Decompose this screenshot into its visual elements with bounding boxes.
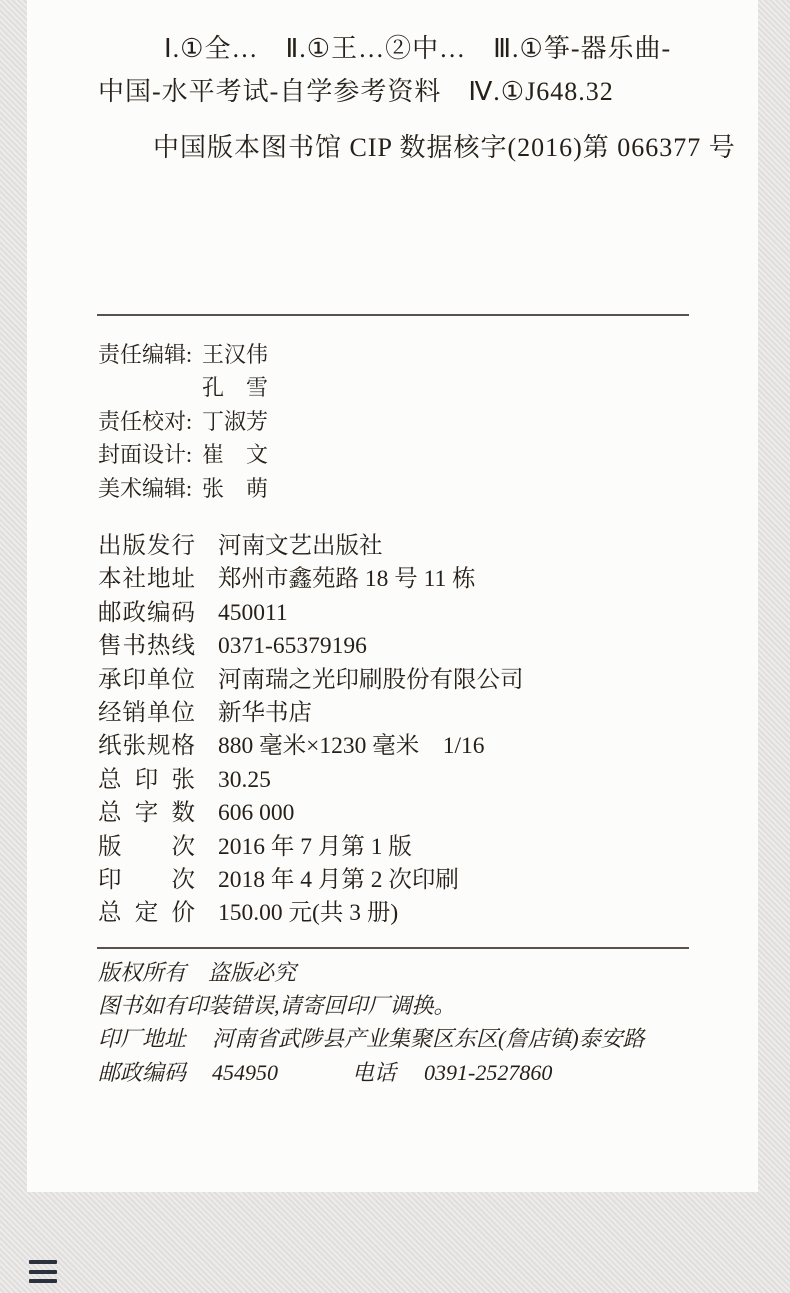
staff-row: 责任编辑:王汉伟 — [98, 338, 268, 371]
publication-block: 出版发行河南文艺出版社 本社地址郑州市鑫苑路 18 号 11 栋 邮政编码450… — [98, 530, 524, 931]
publication-row: 印次2018 年 4 月第 2 次印刷 — [98, 864, 524, 897]
publication-value: 0371-65379196 — [218, 633, 367, 659]
publication-label: 印次 — [98, 864, 195, 897]
publication-value: 606 000 — [218, 800, 294, 826]
publication-row: 售书热线0371-65379196 — [98, 630, 524, 663]
publication-label: 总字数 — [98, 797, 195, 830]
publication-row: 总印张30.25 — [98, 764, 524, 797]
publication-label: 总印张 — [98, 764, 195, 797]
divider-rule-bottom — [97, 947, 689, 949]
publication-label: 出版发行 — [98, 530, 195, 563]
cip-classification-line-1: Ⅰ.①全… Ⅱ.①王…②中… Ⅲ.①筝-器乐曲- — [164, 28, 671, 65]
staff-label: 美术编辑: — [98, 472, 202, 505]
publication-row: 邮政编码450011 — [98, 597, 524, 630]
publication-value: 郑州市鑫苑路 18 号 11 栋 — [218, 566, 476, 592]
staff-label: 责任校对: — [98, 405, 202, 438]
publication-value: 450011 — [218, 600, 288, 626]
printer-phone-value: 0391-2527860 — [424, 1060, 552, 1085]
publication-value: 新华书店 — [218, 700, 312, 726]
publication-row: 经销单位新华书店 — [98, 697, 524, 730]
publication-value: 880 毫米×1230 毫米 1/16 — [218, 733, 485, 759]
staff-block: 责任编辑:王汉伟 孔 雪 责任校对:丁淑芳 封面设计:崔 文 美术编辑:张 萌 — [98, 338, 268, 505]
menu-bar — [29, 1260, 57, 1264]
publication-label: 承印单位 — [98, 664, 195, 697]
publication-row: 纸张规格880 毫米×1230 毫米 1/16 — [98, 730, 524, 763]
copyright-block: 版权所有 盗版必究 图书如有印装错误,请寄回印厂调换。 印厂地址河南省武陟县产业… — [98, 956, 645, 1089]
publication-row: 承印单位河南瑞之光印刷股份有限公司 — [98, 664, 524, 697]
printer-contact-row: 邮政编码454950电话0391-2527860 — [98, 1056, 645, 1089]
hamburger-menu-icon[interactable] — [29, 1260, 57, 1283]
staff-name: 张 萌 — [202, 476, 268, 501]
publication-value: 2018 年 4 月第 2 次印刷 — [218, 867, 459, 893]
menu-bar — [29, 1279, 57, 1283]
publication-row: 本社地址郑州市鑫苑路 18 号 11 栋 — [98, 563, 524, 596]
publication-label: 纸张规格 — [98, 730, 195, 763]
staff-row: 封面设计:崔 文 — [98, 438, 268, 471]
publication-row: 版次2016 年 7 月第 1 版 — [98, 831, 524, 864]
publication-label: 经销单位 — [98, 697, 195, 730]
publication-label: 售书热线 — [98, 630, 195, 663]
printer-postcode-label: 邮政编码 — [98, 1060, 186, 1085]
cip-registration-line: 中国版本图书馆 CIP 数据核字(2016)第 066377 号 — [153, 127, 736, 164]
publication-value: 150.00 元(共 3 册) — [218, 900, 398, 926]
publication-label: 版次 — [98, 831, 195, 864]
publication-label: 本社地址 — [98, 563, 195, 596]
divider-rule-top — [97, 314, 689, 316]
printer-address-value: 河南省武陟县产业集聚区东区(詹店镇)泰安路 — [212, 1026, 645, 1051]
copyright-notice: 版权所有 盗版必究 — [98, 956, 645, 989]
printer-postcode-value: 454950 — [212, 1060, 278, 1085]
copyright-error-note: 图书如有印装错误,请寄回印厂调换。 — [98, 989, 645, 1022]
publication-value: 河南文艺出版社 — [218, 533, 383, 559]
staff-name: 王汉伟 — [202, 342, 268, 367]
publication-label: 总定价 — [98, 897, 195, 930]
publication-value: 2016 年 7 月第 1 版 — [218, 834, 412, 860]
staff-name: 丁淑芳 — [202, 409, 268, 434]
staff-label: 封面设计: — [98, 438, 202, 471]
staff-row: 责任校对:丁淑芳 — [98, 405, 268, 438]
staff-row: 孔 雪 — [98, 371, 268, 404]
staff-label: 责任编辑: — [98, 338, 202, 371]
staff-name: 孔 雪 — [202, 375, 268, 400]
publication-value: 河南瑞之光印刷股份有限公司 — [218, 667, 524, 693]
publication-label: 邮政编码 — [98, 597, 195, 630]
publication-row: 总字数606 000 — [98, 797, 524, 830]
publication-row: 出版发行河南文艺出版社 — [98, 530, 524, 563]
printer-address-row: 印厂地址河南省武陟县产业集聚区东区(詹店镇)泰安路 — [98, 1022, 645, 1055]
staff-row: 美术编辑:张 萌 — [98, 472, 268, 505]
printer-address-label: 印厂地址 — [98, 1026, 186, 1051]
publication-row: 总定价150.00 元(共 3 册) — [98, 897, 524, 930]
viewer-backdrop: Ⅰ.①全… Ⅱ.①王…②中… Ⅲ.①筝-器乐曲- 中国-水平考试-自学参考资料 … — [0, 0, 790, 1293]
menu-bar — [29, 1270, 57, 1274]
publication-value: 30.25 — [218, 767, 271, 793]
printer-phone-label: 电话 — [352, 1060, 396, 1085]
book-copyright-page: Ⅰ.①全… Ⅱ.①王…②中… Ⅲ.①筝-器乐曲- 中国-水平考试-自学参考资料 … — [27, 0, 758, 1192]
cip-classification-line-2: 中国-水平考试-自学参考资料 Ⅳ.①J648.32 — [98, 71, 614, 108]
staff-name: 崔 文 — [202, 442, 268, 467]
